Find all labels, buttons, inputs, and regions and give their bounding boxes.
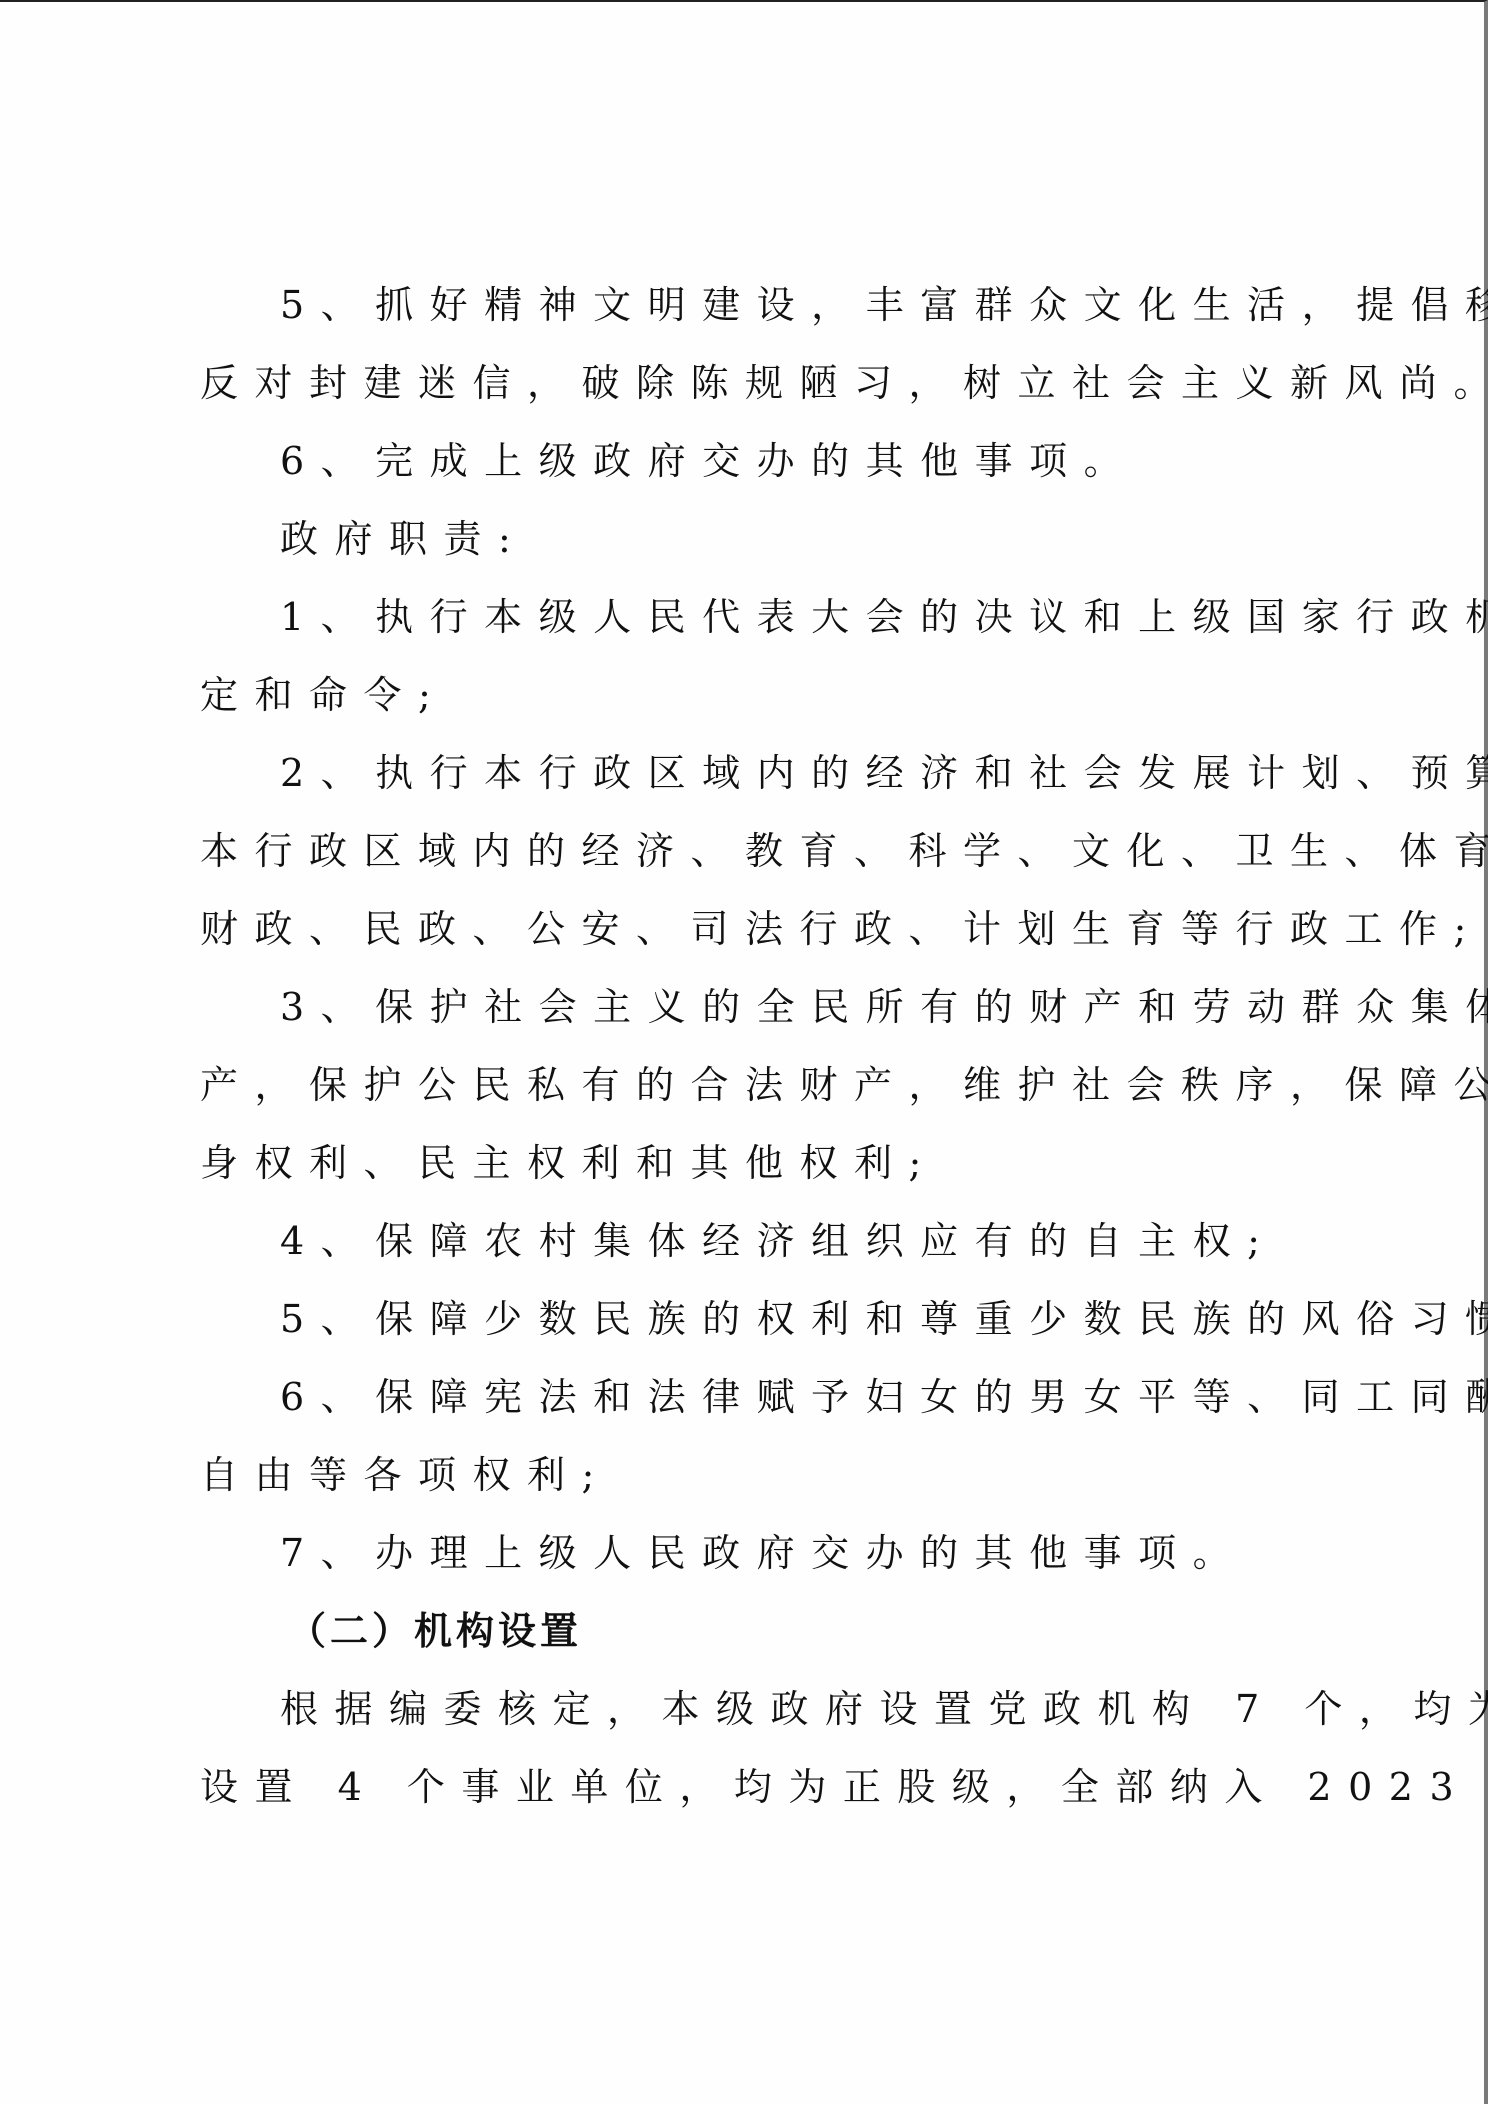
duty-5: 5、保障少数民族的权利和尊重少数民族的风俗习惯;	[200, 1280, 1300, 1358]
paragraph-item-6: 6、完成上级政府交办的其他事项。	[200, 422, 1300, 500]
duty-6-line-2: 自由等各项权利;	[200, 1436, 1300, 1514]
paragraph-item-5-line-1: 5、抓好精神文明建设，丰富群众文化生活，提倡移风易俗	[200, 266, 1300, 344]
duty-1-line-1: 1、执行本级人民代表大会的决议和上级国家行政机关的决	[200, 578, 1300, 656]
duty-3-line-2: 产，保护公民私有的合法财产，维护社会秩序，保障公民的人	[200, 1046, 1300, 1124]
duty-4: 4、保障农村集体经济组织应有的自主权;	[200, 1202, 1300, 1280]
organization-paragraph-line-1: 根据编委核定，本级政府设置党政机构 7 个，均为正股级，	[200, 1670, 1300, 1748]
section-label-government-duties: 政府职责:	[200, 500, 1300, 578]
duty-2-line-3: 财政、民政、公安、司法行政、计划生育等行政工作;	[200, 890, 1300, 968]
duty-1-line-2: 定和命令;	[200, 656, 1300, 734]
organization-paragraph-line-2: 设置 4 个事业单位，均为正股级，全部纳入 2023 年部门预算编	[200, 1748, 1300, 1826]
duty-2-line-1: 2、执行本行政区域内的经济和社会发展计划、预算，管理	[200, 734, 1300, 812]
duty-6-line-1: 6、保障宪法和法律赋予妇女的男女平等、同工同酬和婚姻	[200, 1358, 1300, 1436]
duty-3-line-3: 身权利、民主权利和其他权利;	[200, 1124, 1300, 1202]
duty-3-line-1: 3、保护社会主义的全民所有的财产和劳动群众集体所有财	[200, 968, 1300, 1046]
document-page: 5、抓好精神文明建设，丰富群众文化生活，提倡移风易俗 反对封建迷信，破除陈规陋习…	[0, 0, 1488, 2104]
duty-7: 7、办理上级人民政府交办的其他事项。	[200, 1514, 1300, 1592]
paragraph-item-5-line-2: 反对封建迷信，破除陈规陋习，树立社会主义新风尚。	[200, 344, 1300, 422]
section-heading-organization-setup: （二）机构设置	[200, 1592, 1300, 1670]
document-body: 5、抓好精神文明建设，丰富群众文化生活，提倡移风易俗 反对封建迷信，破除陈规陋习…	[200, 266, 1300, 1826]
duty-2-line-2: 本行政区域内的经济、教育、科学、文化、卫生、体育事业和	[200, 812, 1300, 890]
